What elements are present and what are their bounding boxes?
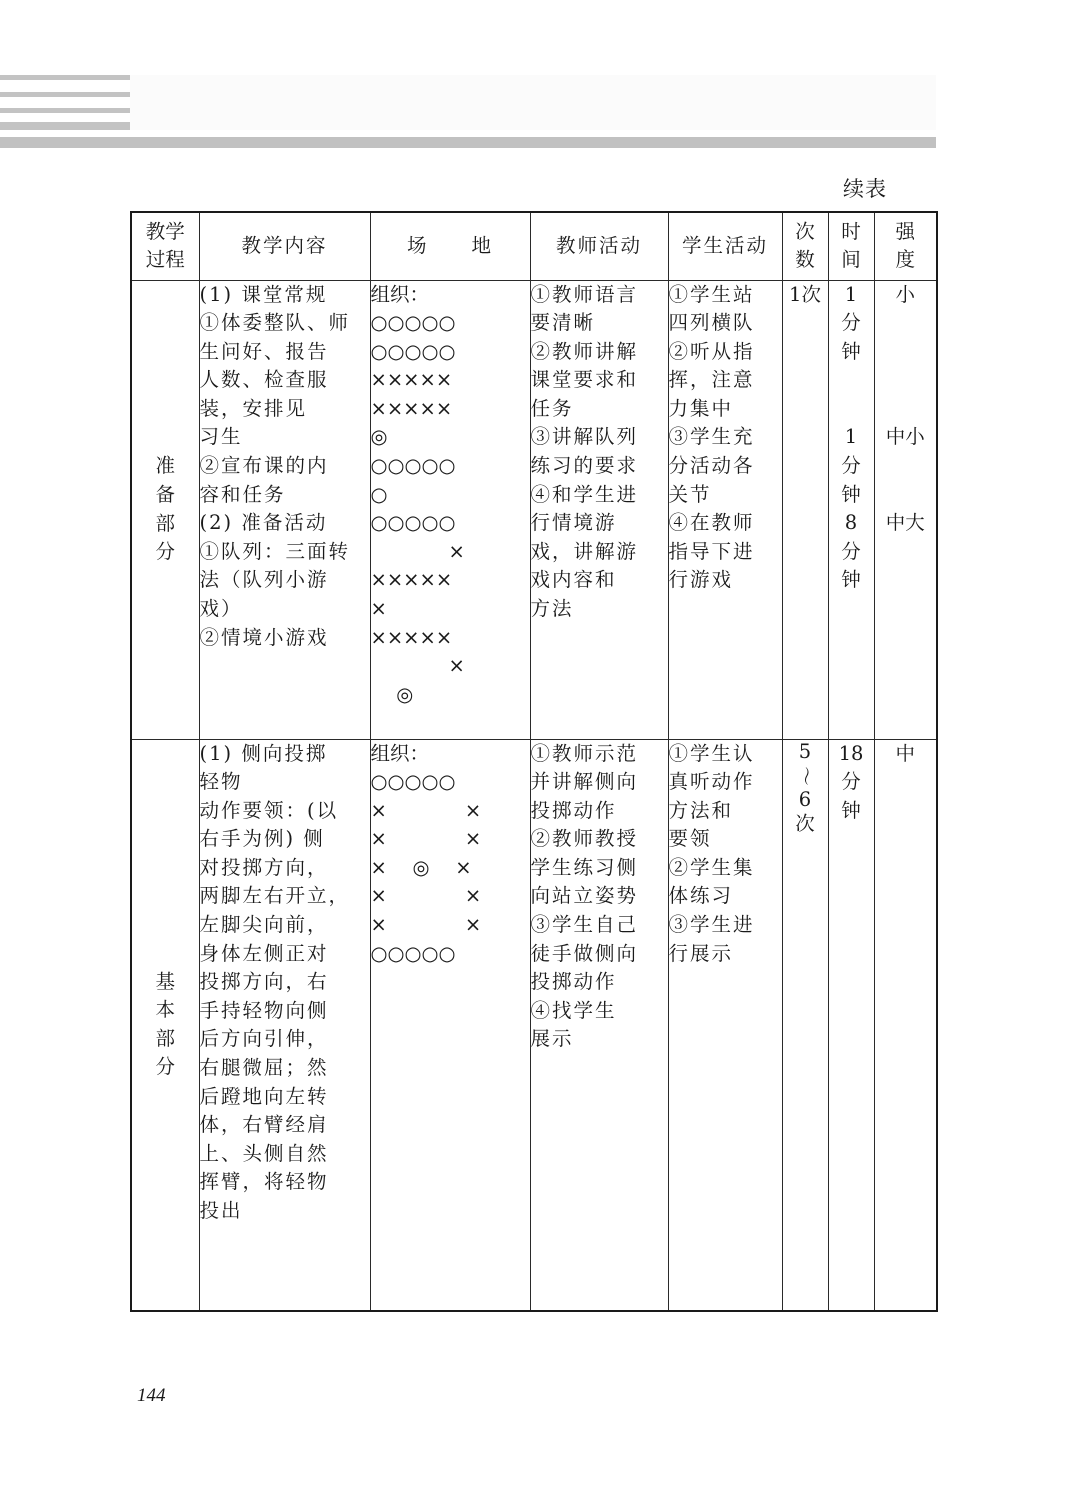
time-cell: 18 分 钟 [828, 739, 874, 1311]
student-activity-cell: ①学生站 四列横队 ②听从指 挥，注意 力集中 ③学生充 分活动各 关节 ④在教… [668, 280, 782, 739]
header-stripe [0, 122, 130, 130]
page-number: 144 [137, 1385, 166, 1407]
header-time: 时 间 [828, 212, 874, 280]
table-row-preparation: 准 备 部 分 (1) 课堂常规 ①体委整队、师 生问好、报告 人数、检查服 装… [131, 280, 937, 739]
student-activity-cell: ①学生认 真听动作 方法和 要领 ②学生集 体练习 ③学生进 行展示 [668, 739, 782, 1311]
teacher-activity-cell: ①教师语言 要清晰 ②教师讲解 课堂要求和 任务 ③讲解队列 练习的要求 ④和学… [530, 280, 668, 739]
header-intensity: 强 度 [874, 212, 937, 280]
table-header-row: 教学 过程 教学内容 场 地 教师活动 学生活动 次 数 时 间 强 度 [131, 212, 937, 280]
section-label: 准 备 部 分 [131, 280, 199, 739]
teacher-activity-cell: ①教师示范 并讲解侧向 投掷动作 ②教师教授 学生练习侧 向站立姿势 ③学生自己… [530, 739, 668, 1311]
header-venue: 场 地 [370, 212, 530, 280]
venue-diagram: 组织： ○○○○○ × × × × × ◎ × × × × × ○○○○○ [370, 739, 530, 1311]
count-cell: 5 ～ 6 次 [782, 739, 828, 1311]
header-stripe [0, 108, 130, 113]
header-count: 次 数 [782, 212, 828, 280]
time-cell: 1 分 钟 1 分 钟 8 分 钟 [828, 280, 874, 739]
lesson-plan-table: 教学 过程 教学内容 场 地 教师活动 学生活动 次 数 时 间 强 度 准 备… [130, 211, 938, 1312]
intensity-cell: 小 中小 中大 [874, 280, 937, 739]
header-process: 教学 过程 [131, 212, 199, 280]
content-cell: (1) 课堂常规 ①体委整队、师 生问好、报告 人数、检查服 装，安排见 习生 … [199, 280, 370, 739]
header-bar [0, 137, 936, 148]
count-cell: 1次 [782, 280, 828, 739]
header-band [130, 75, 936, 130]
header-content: 教学内容 [199, 212, 370, 280]
header-teacher: 教师活动 [530, 212, 668, 280]
header-student: 学生活动 [668, 212, 782, 280]
venue-diagram: 组织： ○○○○○ ○○○○○ ××××× ××××× ◎ ○○○○○ ○ ○○… [370, 280, 530, 739]
table-row-basic: 基 本 部 分 (1) 侧向投掷 轻物 动作要领：(以 右手为例) 侧 对投掷方… [131, 739, 937, 1311]
header-stripe [0, 92, 130, 97]
continued-label: 续表 [843, 173, 887, 203]
content-cell: (1) 侧向投掷 轻物 动作要领：(以 右手为例) 侧 对投掷方向， 两脚左右开… [199, 739, 370, 1311]
header-stripe [0, 75, 130, 80]
section-label: 基 本 部 分 [131, 739, 199, 1311]
intensity-cell: 中 [874, 739, 937, 1311]
